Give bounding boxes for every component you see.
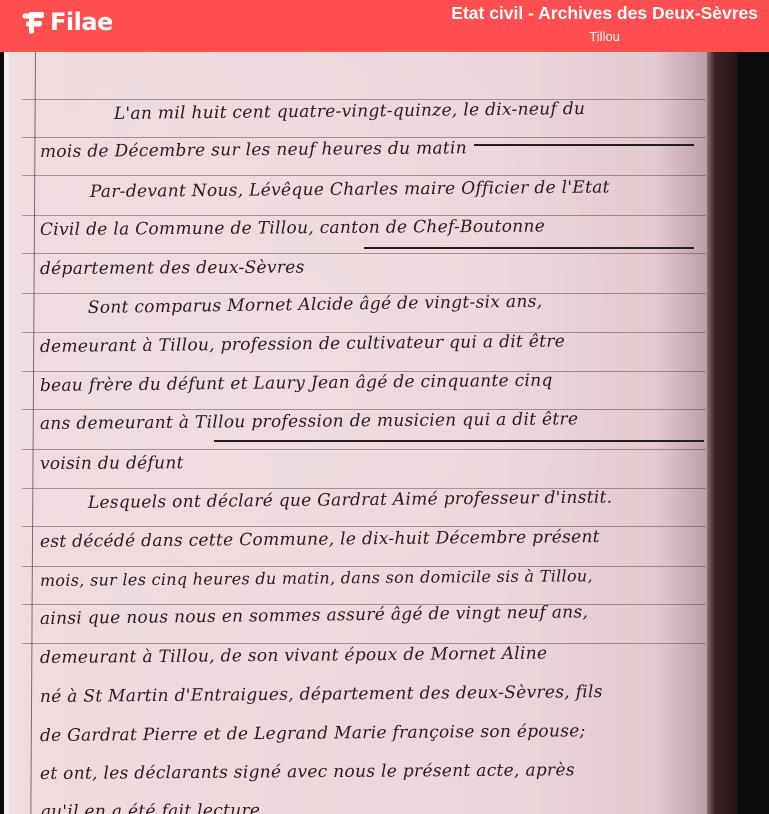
document-viewer[interactable]: L'an mil huit cent quatre-vingt-quinze, … bbox=[0, 52, 769, 814]
line-fill-dash bbox=[364, 247, 694, 249]
record-text-line: Sont comparus Mornet Alcide âgé de vingt… bbox=[88, 292, 543, 318]
ruled-line bbox=[22, 137, 706, 138]
record-text-line: beau frère du défunt et Laury Jean âgé d… bbox=[40, 371, 553, 396]
filae-logo-text: Filae bbox=[50, 9, 113, 35]
record-text-line: Par-devant Nous, Lévêque Charles maire O… bbox=[90, 177, 610, 202]
ruled-line bbox=[22, 449, 706, 450]
record-text-line: et ont, les déclarants signé avec nous l… bbox=[40, 760, 575, 784]
collection-title: Etat civil - Archives des Deux-Sèvres bbox=[451, 3, 758, 23]
ruled-line bbox=[22, 566, 706, 567]
line-fill-dash bbox=[214, 440, 704, 442]
line-fill-dash bbox=[474, 144, 694, 146]
commune-name: Tillou bbox=[451, 28, 758, 46]
record-text-line: département des deux-Sèvres bbox=[40, 258, 305, 279]
record-source-info: Etat civil - Archives des Deux-Sèvres Ti… bbox=[451, 3, 758, 46]
ruled-line bbox=[22, 526, 706, 527]
register-page-scan: L'an mil huit cent quatre-vingt-quinze, … bbox=[4, 52, 712, 814]
record-text-line: né à St Martin d'Entraigues, département… bbox=[40, 682, 603, 707]
record-text-line: ainsi que nous nous en sommes assuré âgé… bbox=[40, 602, 589, 629]
ruled-line bbox=[22, 643, 706, 644]
record-text-line: L'an mil huit cent quatre-vingt-quinze, … bbox=[114, 99, 586, 124]
ruled-line bbox=[22, 253, 706, 254]
record-text-line: qu'il en a été fait lecture. bbox=[40, 801, 266, 814]
record-text-line: de Gardrat Pierre et de Legrand Marie fr… bbox=[40, 721, 586, 746]
margin-rule bbox=[30, 52, 36, 814]
record-text-line: Civil de la Commune de Tillou, canton de… bbox=[40, 216, 545, 240]
record-text-line: est décédé dans cette Commune, le dix-hu… bbox=[40, 527, 600, 552]
record-text-line: Lesquels ont déclaré que Gardrat Aimé pr… bbox=[88, 488, 613, 513]
ruled-line bbox=[22, 175, 706, 176]
page-left-edge bbox=[4, 52, 9, 814]
record-text-line: demeurant à Tillou, de son vivant époux … bbox=[40, 644, 548, 668]
filae-record-viewer: Filae Etat civil - Archives des Deux-Sèv… bbox=[0, 0, 769, 814]
filae-logo-icon bbox=[20, 9, 46, 35]
ruled-line bbox=[22, 215, 706, 216]
record-text-line: demeurant à Tillou, profession de cultiv… bbox=[40, 332, 565, 357]
record-text-line: voisin du défunt bbox=[40, 453, 184, 474]
book-binding-shadow bbox=[707, 52, 737, 814]
record-text-line: ans demeurant à Tillou profession de mus… bbox=[40, 409, 579, 434]
ruled-line bbox=[22, 409, 706, 410]
record-text-line: mois, sur les cinq heures du matin, dans… bbox=[40, 566, 593, 590]
filae-logo-link[interactable]: Filae bbox=[20, 8, 113, 36]
ruled-line bbox=[22, 99, 706, 100]
record-text-line: mois de Décembre sur les neuf heures du … bbox=[40, 138, 467, 162]
header-bar: Filae Etat civil - Archives des Deux-Sèv… bbox=[0, 0, 769, 52]
